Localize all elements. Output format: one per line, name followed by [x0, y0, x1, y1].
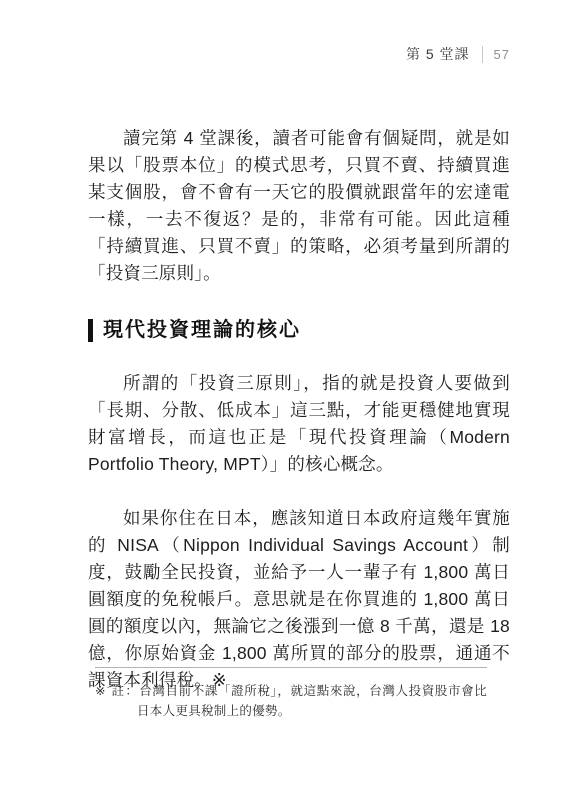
footnote-divider	[95, 667, 487, 668]
footnote-text: 台灣目前不課「證所稅」，就這點來說，台灣人投資股市會比日本人更具稅制上的優勢。	[137, 684, 487, 718]
footnote: ※ 註：台灣目前不課「證所稅」，就這點來說，台灣人投資股市會比日本人更具稅制上的…	[95, 681, 487, 721]
section-heading-text: 現代投資理論的核心	[103, 317, 301, 343]
body-paragraph: 讀完第 4 堂課後，讀者可能會有個疑問，就是如果以「股票本位」的模式思考，只買不…	[88, 125, 510, 287]
body-paragraph: 如果你住在日本，應該知道日本政府這幾年實施的 NISA（Nippon Indiv…	[88, 505, 510, 694]
section-heading: 現代投資理論的核心	[88, 317, 510, 343]
heading-accent-bar	[88, 319, 93, 342]
footnote-marker: ※ 註：	[95, 684, 139, 698]
body-paragraph: 所謂的「投資三原則」，指的就是投資人要做到「長期、分散、低成本」這三點，才能更穩…	[88, 370, 510, 478]
book-page: 第 5 堂課 57 讀完第 4 堂課後，讀者可能會有個疑問，就是如果以「股票本位…	[0, 0, 564, 800]
footnote-block: ※ 註：台灣目前不課「證所稅」，就這點來說，台灣人投資股市會比日本人更具稅制上的…	[95, 667, 487, 721]
page-content: 讀完第 4 堂課後，讀者可能會有個疑問，就是如果以「股票本位」的模式思考，只買不…	[88, 0, 510, 694]
